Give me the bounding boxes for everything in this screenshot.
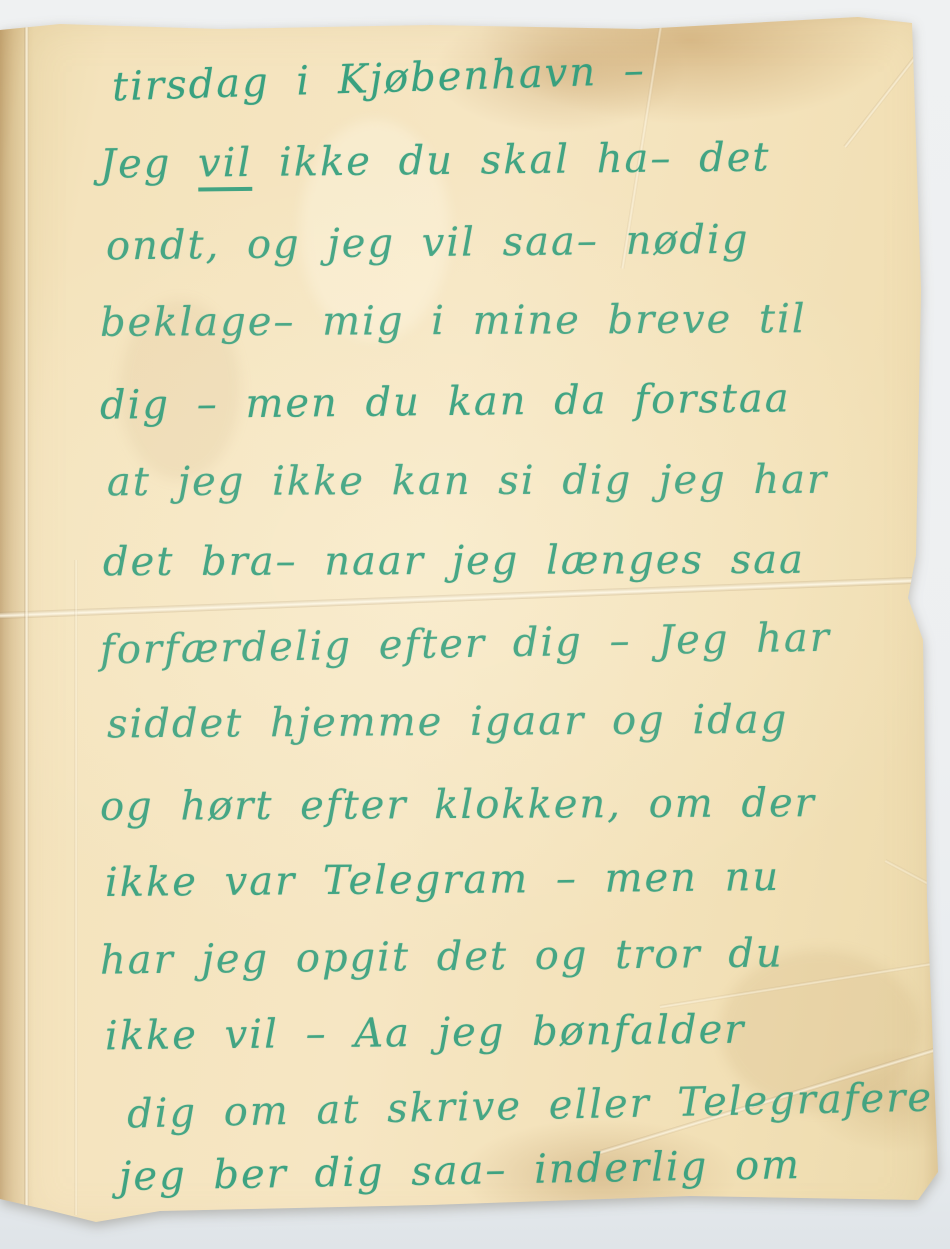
letter-line-11: ikke var Telegram – men nu bbox=[105, 854, 781, 906]
handwritten-text: at jeg ikke kan si dig jeg har bbox=[107, 457, 828, 506]
underlined-word: vil bbox=[198, 140, 253, 192]
left-lower-crease bbox=[74, 560, 78, 1215]
handwritten-text: og hørt efter klokken, om der bbox=[100, 780, 816, 830]
handwritten-text: dig – men du kan da forstaa bbox=[100, 375, 791, 428]
handwritten-text: tirsdag i Kjøbenhavn – bbox=[111, 48, 646, 111]
letter-line-1: tirsdag i Kjøbenhavn – bbox=[111, 48, 646, 111]
letter-page: tirsdag i Kjøbenhavn – Jeg vil ikke du s… bbox=[0, 0, 950, 1249]
handwritten-text: Jeg bbox=[100, 140, 199, 187]
letter-line-13: ikke vil – Aa jeg bønfalder bbox=[105, 1007, 746, 1060]
handwritten-text: har jeg opgit det og tror du bbox=[100, 930, 784, 983]
handwritten-text: dig om at skrive eller Telegrafere bbox=[127, 1075, 934, 1138]
letter-line-8: forfærdelig efter dig – Jeg har bbox=[100, 615, 832, 674]
letter-line-10: og hørt efter klokken, om der bbox=[100, 780, 816, 830]
handwritten-text: siddet hjemme igaar og idag bbox=[107, 697, 789, 748]
letter-line-2: Jeg vil ikke du skal ha– det bbox=[100, 134, 771, 187]
letter-line-6: at jeg ikke kan si dig jeg har bbox=[107, 457, 828, 506]
handwritten-text: ondt, og jeg vil saa– nødig bbox=[106, 217, 750, 270]
right-mid-crease bbox=[884, 859, 950, 905]
handwritten-text: ikke var Telegram – men nu bbox=[105, 854, 781, 906]
handwritten-text: det bra– naar jeg længes saa bbox=[103, 537, 805, 585]
scanned-letter-image: tirsdag i Kjøbenhavn – Jeg vil ikke du s… bbox=[0, 0, 950, 1249]
letter-line-3: ondt, og jeg vil saa– nødig bbox=[106, 217, 750, 270]
letter-line-4: beklage– mig i mine breve til bbox=[100, 296, 807, 346]
handwritten-text: jeg ber dig saa– inderlig om bbox=[119, 1142, 802, 1200]
letter-line-15: jeg ber dig saa– inderlig om bbox=[119, 1142, 802, 1200]
handwritten-text: ikke vil – Aa jeg bønfalder bbox=[105, 1007, 746, 1060]
letter-line-12: har jeg opgit det og tror du bbox=[100, 930, 784, 983]
handwritten-text: forfærdelig efter dig – Jeg har bbox=[100, 615, 832, 674]
top-right-corner-crease bbox=[843, 43, 926, 148]
left-fold-crease bbox=[24, 24, 29, 1209]
letter-line-7: det bra– naar jeg længes saa bbox=[103, 537, 805, 585]
letter-line-9: siddet hjemme igaar og idag bbox=[107, 697, 789, 748]
letter-line-14: dig om at skrive eller Telegrafere bbox=[127, 1075, 934, 1138]
letter-page-wrap: tirsdag i Kjøbenhavn – Jeg vil ikke du s… bbox=[0, 0, 950, 1249]
handwritten-text: ikke du skal ha– det bbox=[252, 134, 771, 185]
letter-line-5: dig – men du kan da forstaa bbox=[100, 375, 791, 428]
handwritten-text: beklage– mig i mine breve til bbox=[100, 296, 807, 346]
